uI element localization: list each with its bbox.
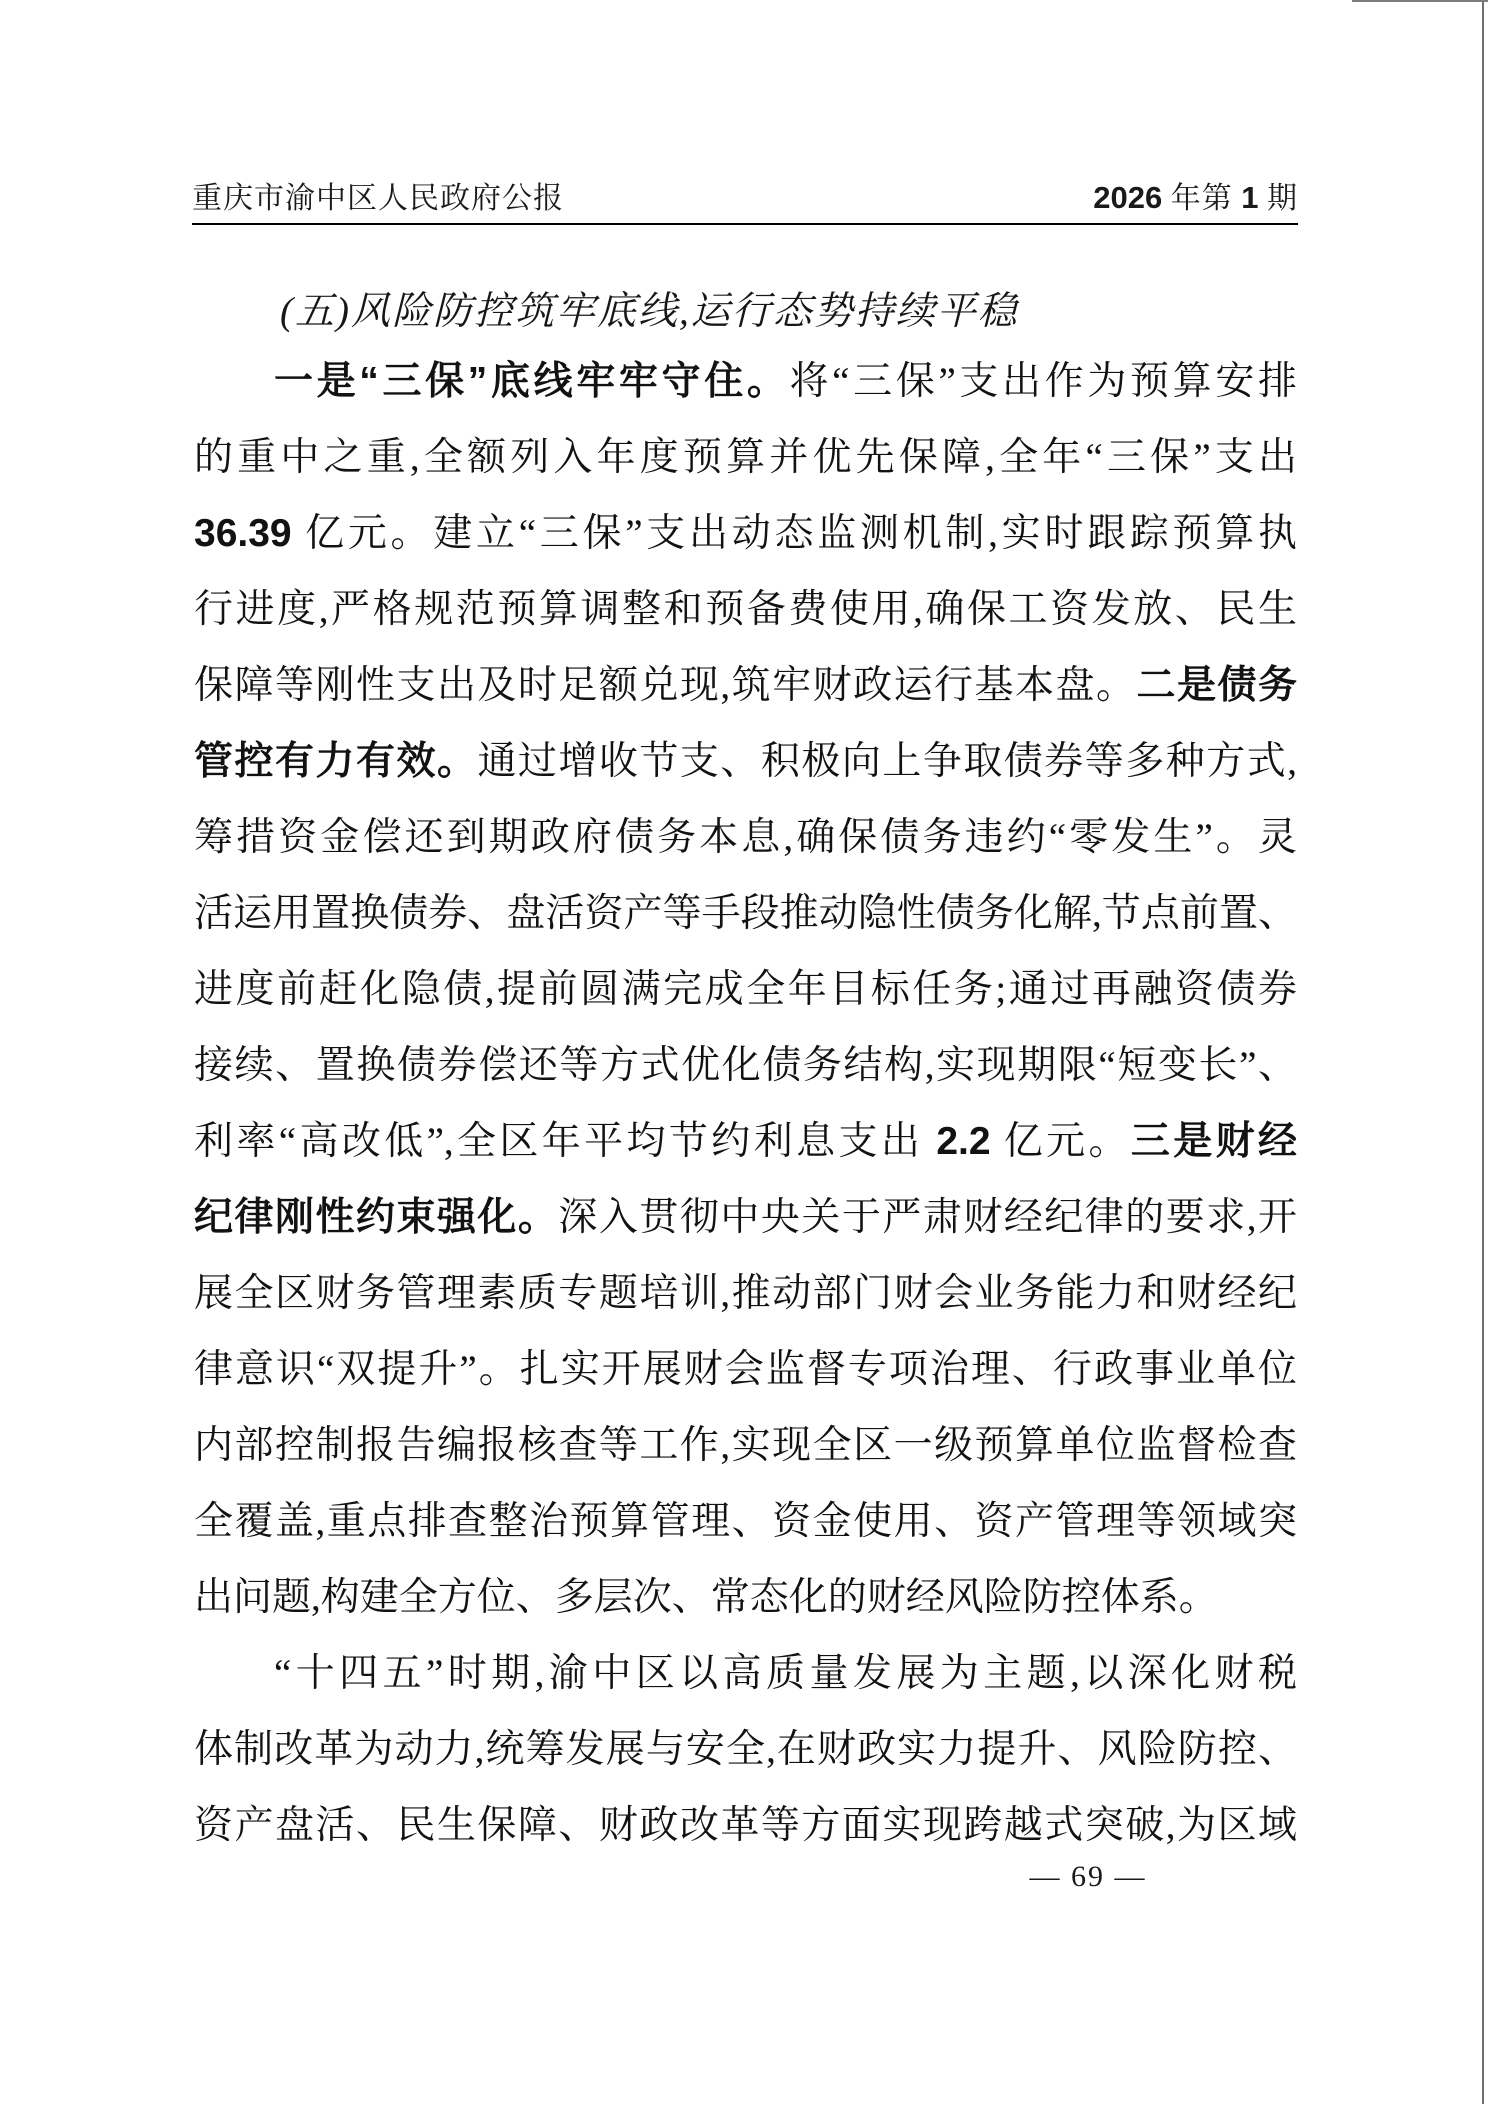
- body-line: 内部控制报告编报核查等工作,实现全区一级预算单位监督检查: [194, 1408, 1297, 1484]
- text-run: 期: [1259, 182, 1299, 215]
- text-run: 利率“高改低”,全区年平均节约利息支出: [194, 1120, 936, 1163]
- journal-title: 重庆市渝中区人民政府公报: [192, 173, 564, 225]
- body-line: 进度前赶化隐债,提前圆满完成全年目标任务;通过再融资债券: [194, 952, 1297, 1028]
- body-line: 筹措资金偿还到期政府债务本息,确保债务违约“零发生”。灵: [194, 800, 1297, 876]
- text-run: 保障等刚性支出及时足额兑现,筑牢财政运行基本盘。: [194, 664, 1137, 707]
- number-run: 2.2: [936, 1120, 990, 1163]
- text-run: 内部控制报告编报核查等工作,实现全区一级预算单位监督检查: [194, 1424, 1297, 1467]
- number-run: 36.39: [194, 512, 292, 555]
- text-run: 亿元。: [991, 1120, 1131, 1163]
- body-line: “十四五”时期,渝中区以高质量发展为主题,以深化财税: [194, 1636, 1297, 1712]
- body-line: 纪律刚性约束强化。深入贯彻中央关于严肃财经纪律的要求,开: [194, 1180, 1297, 1256]
- text-run: 资产盘活、民生保障、财政改革等方面实现跨越式突破,为区域: [194, 1804, 1297, 1847]
- body-line: 接续、置换债券偿还等方式优化债务结构,实现期限“短变长”、: [194, 1028, 1297, 1104]
- bold-run: 二是债务: [1137, 664, 1297, 707]
- number-run: 2026: [1093, 180, 1162, 215]
- body-line: 资产盘活、民生保障、财政改革等方面实现跨越式突破,为区域: [194, 1788, 1297, 1864]
- body-line: 展全区财务管理素质专题培训,推动部门财会业务能力和财经纪: [194, 1256, 1297, 1332]
- bold-run: 管控有力有效。: [194, 740, 477, 783]
- text-run: 展全区财务管理素质专题培训,推动部门财会业务能力和财经纪: [194, 1272, 1297, 1315]
- bold-run: 纪律刚性约束强化。: [194, 1196, 558, 1239]
- section-heading: (五)风险防控筑牢底线,运行态势持续平稳: [194, 284, 1297, 340]
- text-run: 出问题,构建全方位、多层次、常态化的财经风险防控体系。: [194, 1576, 1218, 1619]
- page-number: — 69 —: [1008, 1855, 1168, 1899]
- text-run: 通过增收节支、积极向上争取债券等多种方式,: [477, 740, 1297, 783]
- header-rule: [192, 223, 1298, 225]
- text-run: 体制改革为动力,统筹发展与安全,在财政实力提升、风险防控、: [194, 1728, 1297, 1771]
- body-line: 管控有力有效。通过增收节支、积极向上争取债券等多种方式,: [194, 724, 1297, 800]
- text-run: 行进度,严格规范预算调整和预备费使用,确保工资发放、民生: [194, 588, 1297, 631]
- text-run: 接续、置换债券偿还等方式优化债务结构,实现期限“短变长”、: [194, 1044, 1297, 1087]
- text-run: 筹措资金偿还到期政府债务本息,确保债务违约“零发生”。灵: [194, 816, 1297, 859]
- body-line: 利率“高改低”,全区年平均节约利息支出 2.2 亿元。三是财经: [194, 1104, 1297, 1180]
- scan-edge-smudge: [1352, 0, 1488, 2]
- text-run: 将“三保”支出作为预算安排: [790, 360, 1297, 403]
- text-run: “十四五”时期,渝中区以高质量发展为主题,以深化财税: [274, 1652, 1297, 1695]
- body-line: 出问题,构建全方位、多层次、常态化的财经风险防控体系。: [194, 1560, 1297, 1636]
- text-run: 年第: [1162, 182, 1241, 215]
- body-line: 保障等刚性支出及时足额兑现,筑牢财政运行基本盘。二是债务: [194, 648, 1297, 724]
- text-run: 亿元。建立“三保”支出动态监测机制,实时跟踪预算执: [292, 512, 1297, 555]
- text-run: 律意识“双提升”。扎实开展财会监督专项治理、行政事业单位: [194, 1348, 1297, 1391]
- body-line: 36.39 亿元。建立“三保”支出动态监测机制,实时跟踪预算执: [194, 496, 1297, 572]
- body-line: 律意识“双提升”。扎实开展财会监督专项治理、行政事业单位: [194, 1332, 1297, 1408]
- text-run: 活运用置换债券、盘活资产等手段推动隐性债务化解,节点前置、: [194, 892, 1297, 935]
- body-line: 一是“三保”底线牢牢守住。将“三保”支出作为预算安排: [194, 344, 1297, 420]
- text-run: 进度前赶化隐债,提前圆满完成全年目标任务;通过再融资债券: [194, 968, 1297, 1011]
- text-run: 全覆盖,重点排查整治预算管理、资金使用、资产管理等领域突: [194, 1500, 1297, 1543]
- body-line: 活运用置换债券、盘活资产等手段推动隐性债务化解,节点前置、: [194, 876, 1297, 952]
- body-line: 全覆盖,重点排查整治预算管理、资金使用、资产管理等领域突: [194, 1484, 1297, 1560]
- body-text: 一是“三保”底线牢牢守住。将“三保”支出作为预算安排的重中之重,全额列入年度预算…: [194, 344, 1297, 1864]
- body-line: 行进度,严格规范预算调整和预备费使用,确保工资发放、民生: [194, 572, 1297, 648]
- gazette-page: 重庆市渝中区人民政府公报 2026 年第 1 期 (五)风险防控筑牢底线,运行态…: [0, 0, 1488, 2104]
- body-line: 的重中之重,全额列入年度预算并优先保障,全年“三保”支出: [194, 420, 1297, 496]
- bold-run: 三是财经: [1131, 1120, 1297, 1163]
- page-header: 重庆市渝中区人民政府公报 2026 年第 1 期: [192, 172, 1298, 225]
- text-run: 的重中之重,全额列入年度预算并优先保障,全年“三保”支出: [194, 436, 1297, 479]
- number-run: 1: [1241, 180, 1258, 215]
- text-run: 深入贯彻中央关于严肃财经纪律的要求,开: [558, 1196, 1297, 1239]
- issue-label: 2026 年第 1 期: [1093, 172, 1298, 225]
- bold-run: 一是“三保”底线牢牢守住。: [274, 360, 790, 403]
- body-line: 体制改革为动力,统筹发展与安全,在财政实力提升、风险防控、: [194, 1712, 1297, 1788]
- scan-edge-line: [1482, 0, 1484, 2104]
